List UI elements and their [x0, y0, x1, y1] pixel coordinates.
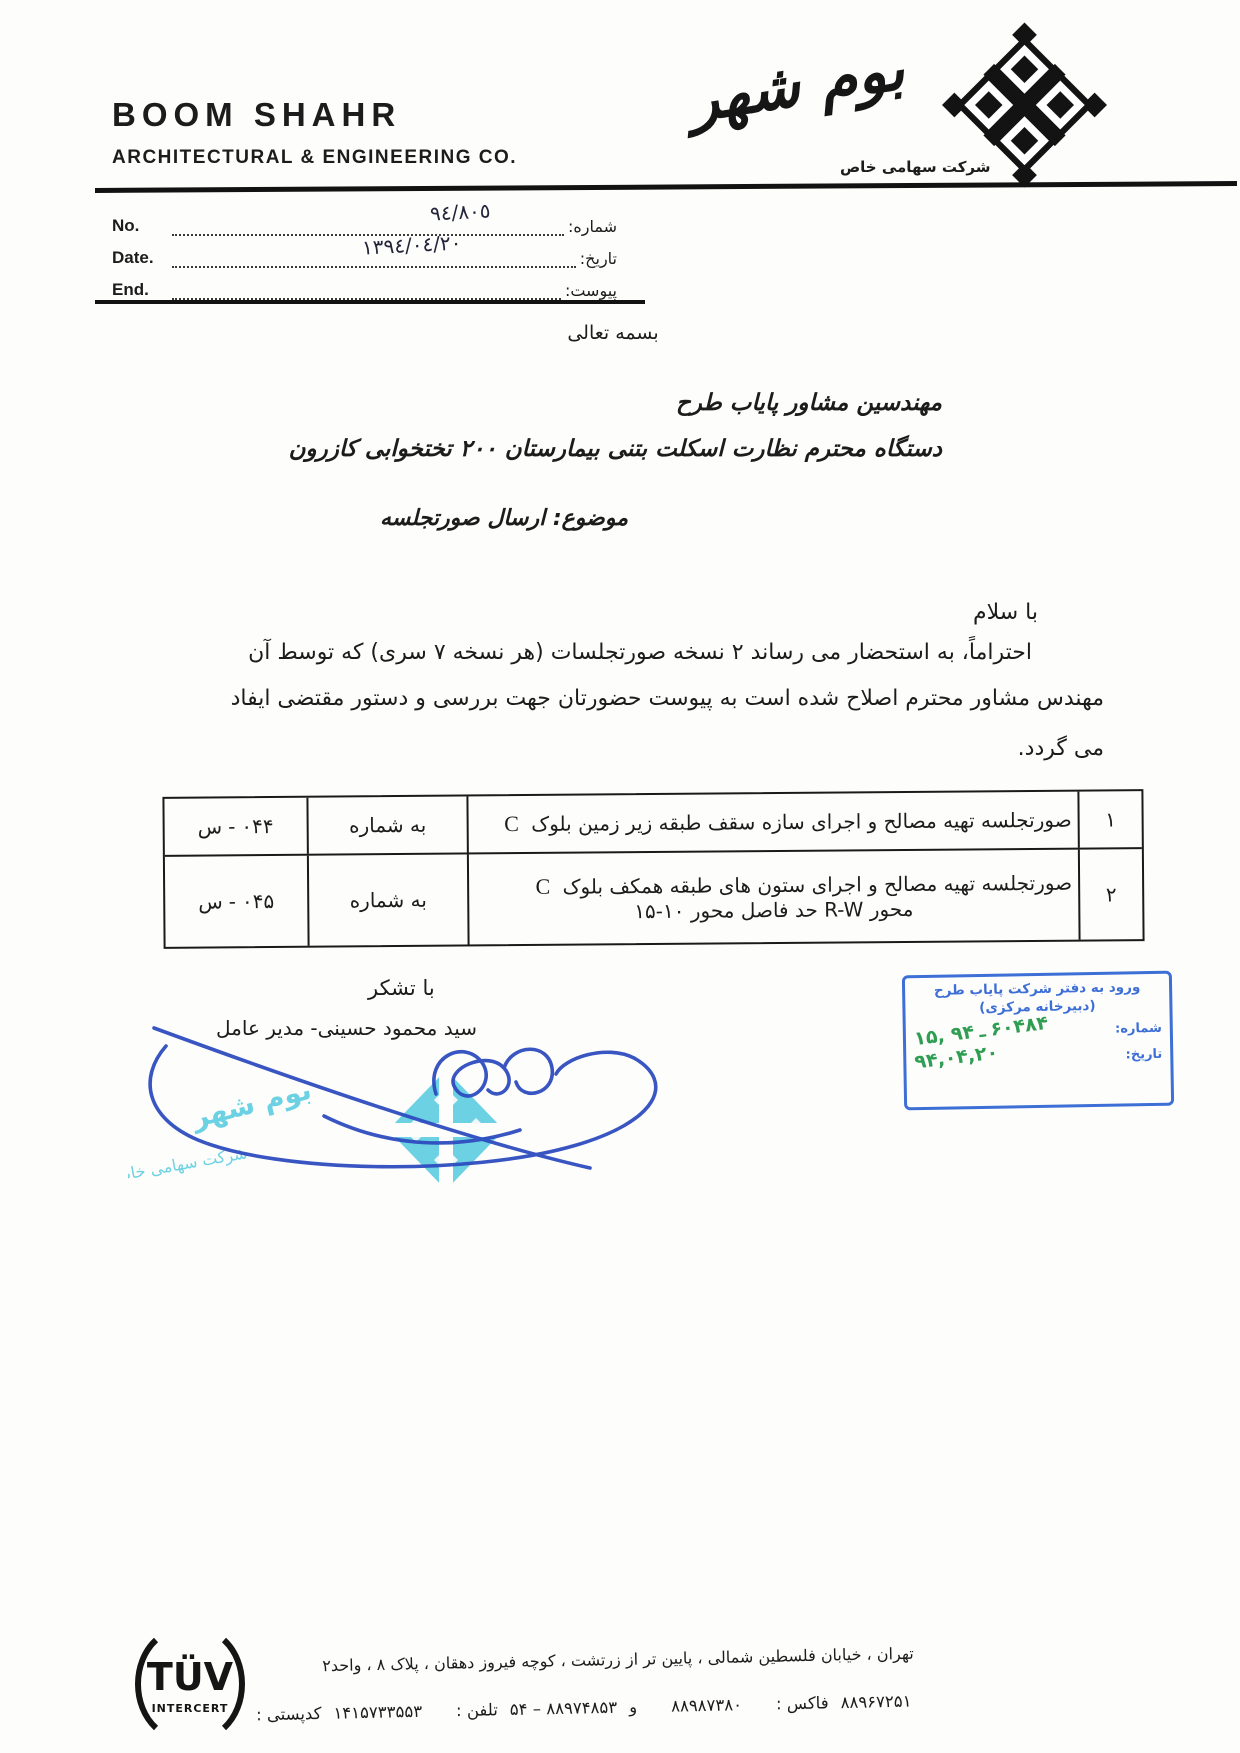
ref-digits: ۰۴۵	[242, 889, 274, 913]
entry-stamp: ورود به دفتر شرکت پایاب طرح (دبیرخانه مر…	[902, 971, 1174, 1111]
ref-letter: س	[198, 814, 223, 838]
table-row: س - ۰۴۴ به شماره صورتجلسه تهیه مصالح و ا…	[164, 791, 1141, 857]
company-name-en: BOOM SHAHR	[112, 96, 401, 134]
ref-number-cell: س - ۰۴۴	[164, 798, 308, 855]
entry-date-label: تاریخ:	[1125, 1046, 1162, 1062]
header-divider-line	[95, 181, 1237, 193]
company-name-fa-calligraphy: بوم شهر	[684, 33, 909, 136]
addressee-line-1: مهندسین مشاور پایاب طرح	[676, 390, 942, 416]
body-line-2: مهندس مشاور محترم اصلاح شده است به پیوست…	[231, 686, 1104, 711]
footer-address: تهران ، خیابان فلسطین شمالی ، پایین تر ا…	[318, 1644, 918, 1676]
body-line-3: می گردد.	[1018, 736, 1104, 761]
scanned-letter-page: BOOM SHAHR ARCHITECTURAL & ENGINEERING C…	[0, 0, 1240, 1753]
and-word: و	[629, 1697, 637, 1716]
footer-contact-line: کدپستی : ۱۴۱۵۷۳۳۵۵۳ تلفن : ۵۴ – ۸۸۹۷۴۸۵۳…	[256, 1687, 1146, 1725]
entry-stamp-number-row: ۱۵, ۹۴ ـ ۶۰۴۸۴ شماره:	[914, 1017, 1162, 1043]
subject-line: موضوع: ارسال صورتجلسه	[380, 506, 628, 531]
fax-value: ۸۸۹۶۷۲۵۱	[840, 1692, 911, 1712]
svg-text:INTERCERT: INTERCERT	[152, 1702, 229, 1715]
tuv-intercert-logo: TÜV INTERCERT	[126, 1634, 254, 1734]
svg-text:TÜV: TÜV	[147, 1655, 234, 1699]
ref-label-cell: به شماره	[309, 854, 470, 945]
reference-divider-line	[95, 300, 645, 304]
signature-graphic: بوم شهر شرکت سهامی خاص	[128, 998, 688, 1198]
end-label-en: End.	[112, 280, 168, 300]
ref-number-cell: س - ۰۴۵	[165, 856, 310, 947]
description-line-2: محور R-W حد فاصل محور ۱۵-۱۰	[475, 896, 1072, 925]
ref-letter: س	[198, 889, 223, 913]
postal-code-label: کدپستی :	[256, 1704, 322, 1724]
description-cell: صورتجلسه تهیه مصالح و اجرای ستون های طبق…	[469, 850, 1081, 945]
svg-text:بوم شهر: بوم شهر	[187, 1073, 315, 1135]
ref-label-cell: به شماره	[308, 796, 468, 853]
dotted-leader	[172, 280, 561, 300]
addressee-line-2: دستگاه محترم نظارت اسکلت بتنی بیمارستان …	[289, 436, 942, 462]
block-letter: C	[529, 874, 556, 899]
body-line-1: احتراماً، به استحضار می رساند ۲ نسخه صور…	[248, 640, 1032, 665]
axis-range: ۱۵-۱۰	[634, 899, 684, 923]
reference-row-enclosure: End. پیوست:	[112, 274, 617, 300]
besmele-line: بسمه تعالی	[548, 322, 678, 344]
axis-label: R-W	[824, 897, 863, 921]
date-label-fa: تاریخ:	[580, 249, 617, 268]
no-label-en: No.	[112, 216, 168, 236]
handwritten-letter-number: ٩٤/٨٠٥	[429, 198, 491, 225]
salutation: با سلام	[973, 600, 1038, 625]
closing-thanks: با تشکر	[368, 976, 435, 1000]
fax-label: فاکس :	[776, 1693, 829, 1713]
entry-stamp-title: ورود به دفتر شرکت پایاب طرح	[913, 979, 1161, 999]
dotted-leader	[172, 216, 564, 236]
company-logo-icon	[942, 20, 1107, 190]
phone-value: ۵۴ – ۸۸۹۷۴۸۵۳	[510, 1698, 618, 1719]
company-subtitle-en: ARCHITECTURAL & ENGINEERING CO.	[112, 147, 517, 169]
reference-row-no: No. شماره:	[112, 210, 617, 236]
phone-value-2: ۸۸۹۸۷۳۸۰	[671, 1695, 742, 1715]
minutes-table: س - ۰۴۴ به شماره صورتجلسه تهیه مصالح و ا…	[162, 789, 1144, 949]
enclosure-label-fa: پیوست:	[565, 281, 617, 300]
phone-label: تلفن :	[456, 1700, 498, 1720]
description-line: صورتجلسه تهیه مصالح و اجرای سازه سقف طبق…	[475, 807, 1072, 838]
date-label-en: Date.	[112, 248, 168, 268]
ref-separator: -	[229, 889, 236, 913]
entry-number-label: شماره:	[1115, 1020, 1162, 1036]
row-number-cell: ۲	[1080, 849, 1143, 939]
ref-separator: -	[228, 814, 235, 838]
row-number-cell: ۱	[1079, 791, 1141, 847]
block-letter: C	[498, 811, 525, 836]
entry-stamp-date-row: ۹۴,۰۴,۲۰ تاریخ:	[914, 1043, 1162, 1069]
ref-digits: ۰۴۴	[241, 814, 273, 838]
description-cell: صورتجلسه تهیه مصالح و اجرای سازه سقف طبق…	[468, 792, 1079, 853]
table-row: س - ۰۴۵ به شماره صورتجلسه تهیه مصالح و ا…	[165, 849, 1143, 947]
postal-code-value: ۱۴۱۵۷۳۳۵۵۳	[333, 1702, 422, 1723]
no-label-fa: شماره:	[568, 217, 617, 236]
